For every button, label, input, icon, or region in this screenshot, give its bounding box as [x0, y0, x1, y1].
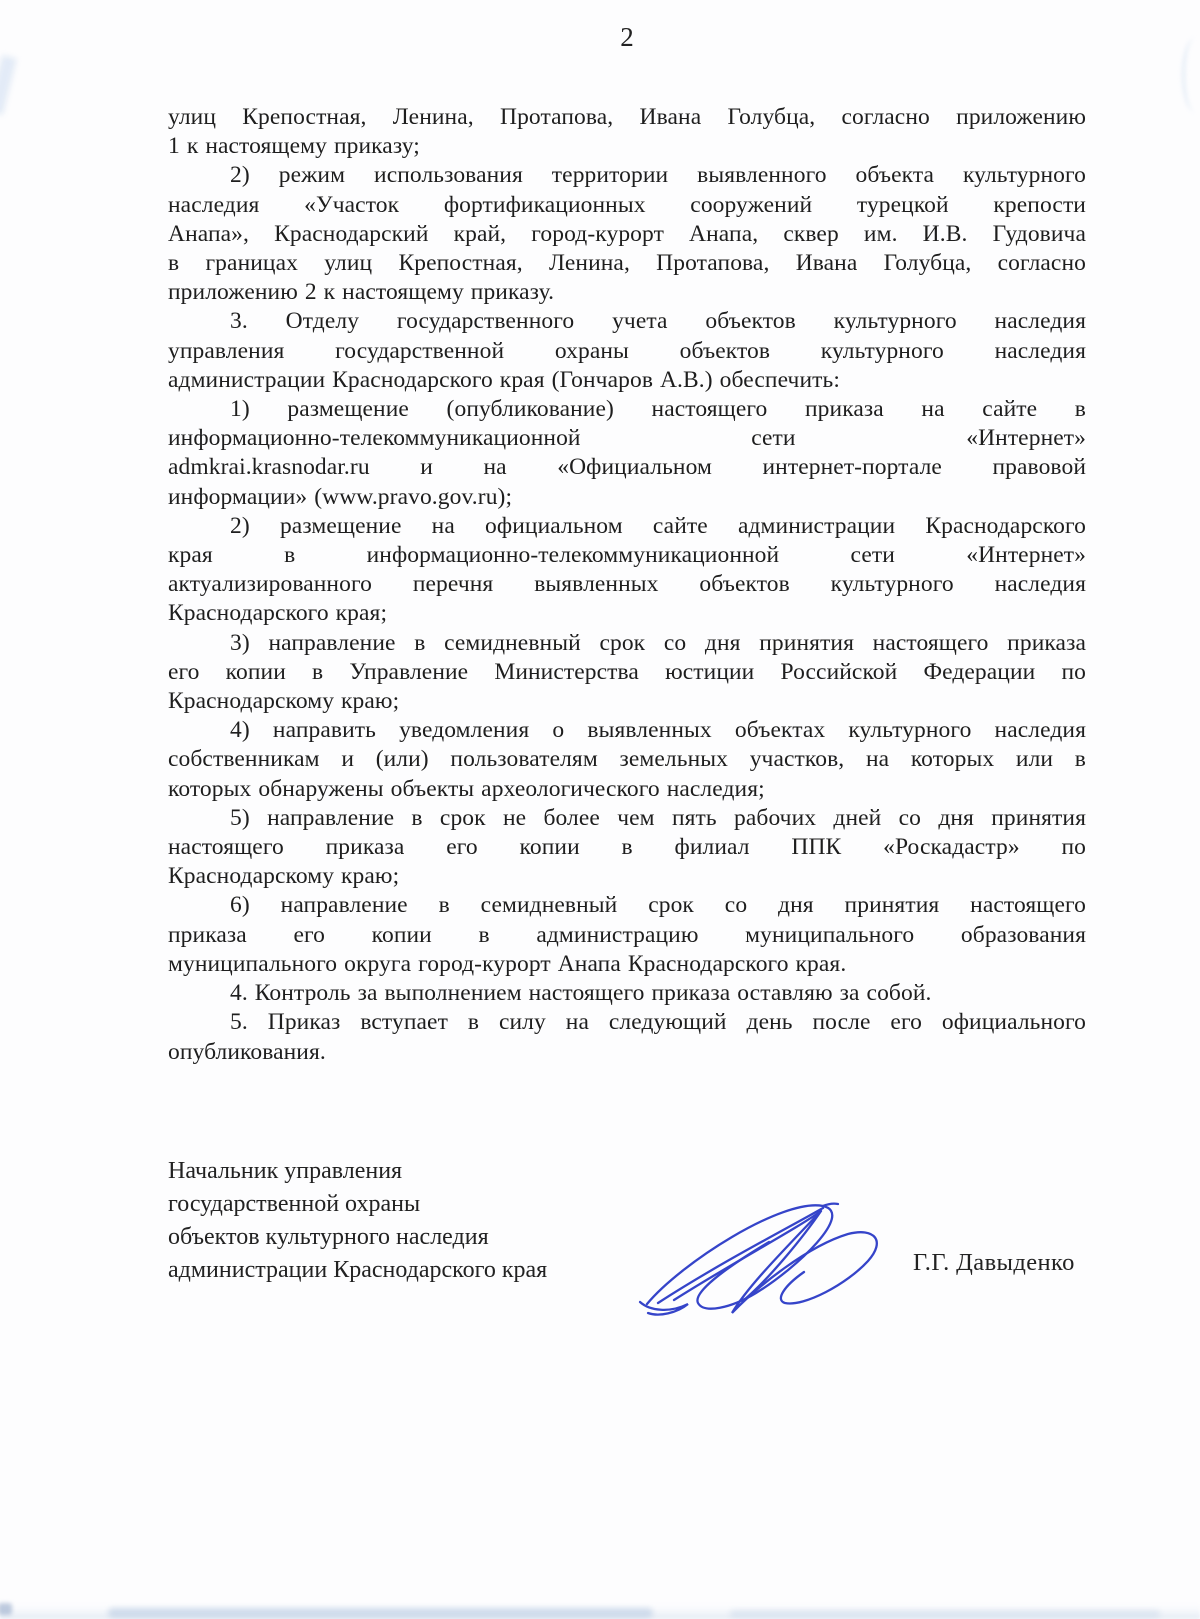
text-line: 2) режим использования территории выявле…: [168, 161, 1086, 190]
text-line: 5. Приказ вступает в силу на следующий д…: [168, 1008, 1086, 1037]
text-line: собственникам и (или) пользователям земе…: [168, 745, 1086, 774]
text-line: 1) размещение (опубликование) настоящего…: [168, 395, 1086, 424]
text-line: 2) размещение на официальном сайте админ…: [168, 512, 1086, 541]
signature-title-line: Начальник управления: [168, 1155, 688, 1188]
scan-artifact-bottom-smudge: [730, 1610, 1160, 1618]
text-line: настоящего приказа его копии в филиал ПП…: [168, 833, 1086, 862]
text-line: 4. Контроль за выполнением настоящего пр…: [168, 979, 1086, 1008]
text-line: Краснодарскому краю;: [168, 687, 1086, 716]
scan-artifact-bottom-dot: [0, 1603, 12, 1615]
scan-artifact-bottom-band: [0, 1604, 1200, 1619]
signature-title-line: государственной охраны: [168, 1188, 688, 1221]
text-line: улиц Крепостная, Ленина, Протапова, Иван…: [168, 103, 1086, 132]
text-line: приказа его копии в администрацию муници…: [168, 921, 1086, 950]
scan-artifact-top-left: [0, 55, 17, 115]
text-line: управления государственной охраны объект…: [168, 337, 1086, 366]
handwritten-signature-icon: [632, 1192, 894, 1320]
text-line: актуализированного перечня выявленных об…: [168, 570, 1086, 599]
scan-artifact-bottom-smudge: [108, 1608, 653, 1618]
signature-title-line: объектов культурного наследия: [168, 1221, 688, 1254]
text-line: 1 к настоящему приказу;: [168, 132, 1086, 161]
text-line: администрации Краснодарского края (Гонча…: [168, 366, 1086, 395]
text-line: наследия «Участок фортификационных соору…: [168, 191, 1086, 220]
page-number: 2: [168, 22, 1086, 53]
text-line: Краснодарскому краю;: [168, 862, 1086, 891]
text-line: 5) направление в срок не более чем пять …: [168, 804, 1086, 833]
text-line: 4) направить уведомления о выявленных об…: [168, 716, 1086, 745]
text-line: информации» (www.pravo.gov.ru);: [168, 483, 1086, 512]
text-line: опубликования.: [168, 1038, 1086, 1067]
text-line: Краснодарского края;: [168, 599, 1086, 628]
scan-artifact-top-right: [1182, 38, 1200, 112]
text-line: 3) направление в семидневный срок со дня…: [168, 629, 1086, 658]
text-line: муниципального округа город-курорт Анапа…: [168, 950, 1086, 979]
signature-title-block: Начальник управлениягосударственной охра…: [168, 1155, 688, 1287]
text-line: Анапа», Краснодарский край, город-курорт…: [168, 220, 1086, 249]
text-line: его копии в Управление Министерства юсти…: [168, 658, 1086, 687]
text-line: 6) направление в семидневный срок со дня…: [168, 891, 1086, 920]
text-line: края в информационно-телекоммуникационно…: [168, 541, 1086, 570]
signatory-name: Г.Г. Давыденко: [913, 1249, 1075, 1277]
text-line: в границах улиц Крепостная, Ленина, Прот…: [168, 249, 1086, 278]
scanned-document-page: 2 улиц Крепостная, Ленина, Протапова, Ив…: [0, 0, 1200, 1619]
text-line: информационно-телекоммуникационной сети …: [168, 424, 1086, 453]
text-line: которых обнаружены объекты археологическ…: [168, 775, 1086, 804]
signature-title-line: администрации Краснодарского края: [168, 1254, 688, 1287]
document-body: улиц Крепостная, Ленина, Протапова, Иван…: [168, 103, 1086, 1067]
text-line: приложению 2 к настоящему приказу.: [168, 278, 1086, 307]
text-line: admkrai.krasnodar.ru и на «Официальном и…: [168, 453, 1086, 482]
text-line: 3. Отделу государственного учета объекто…: [168, 307, 1086, 336]
